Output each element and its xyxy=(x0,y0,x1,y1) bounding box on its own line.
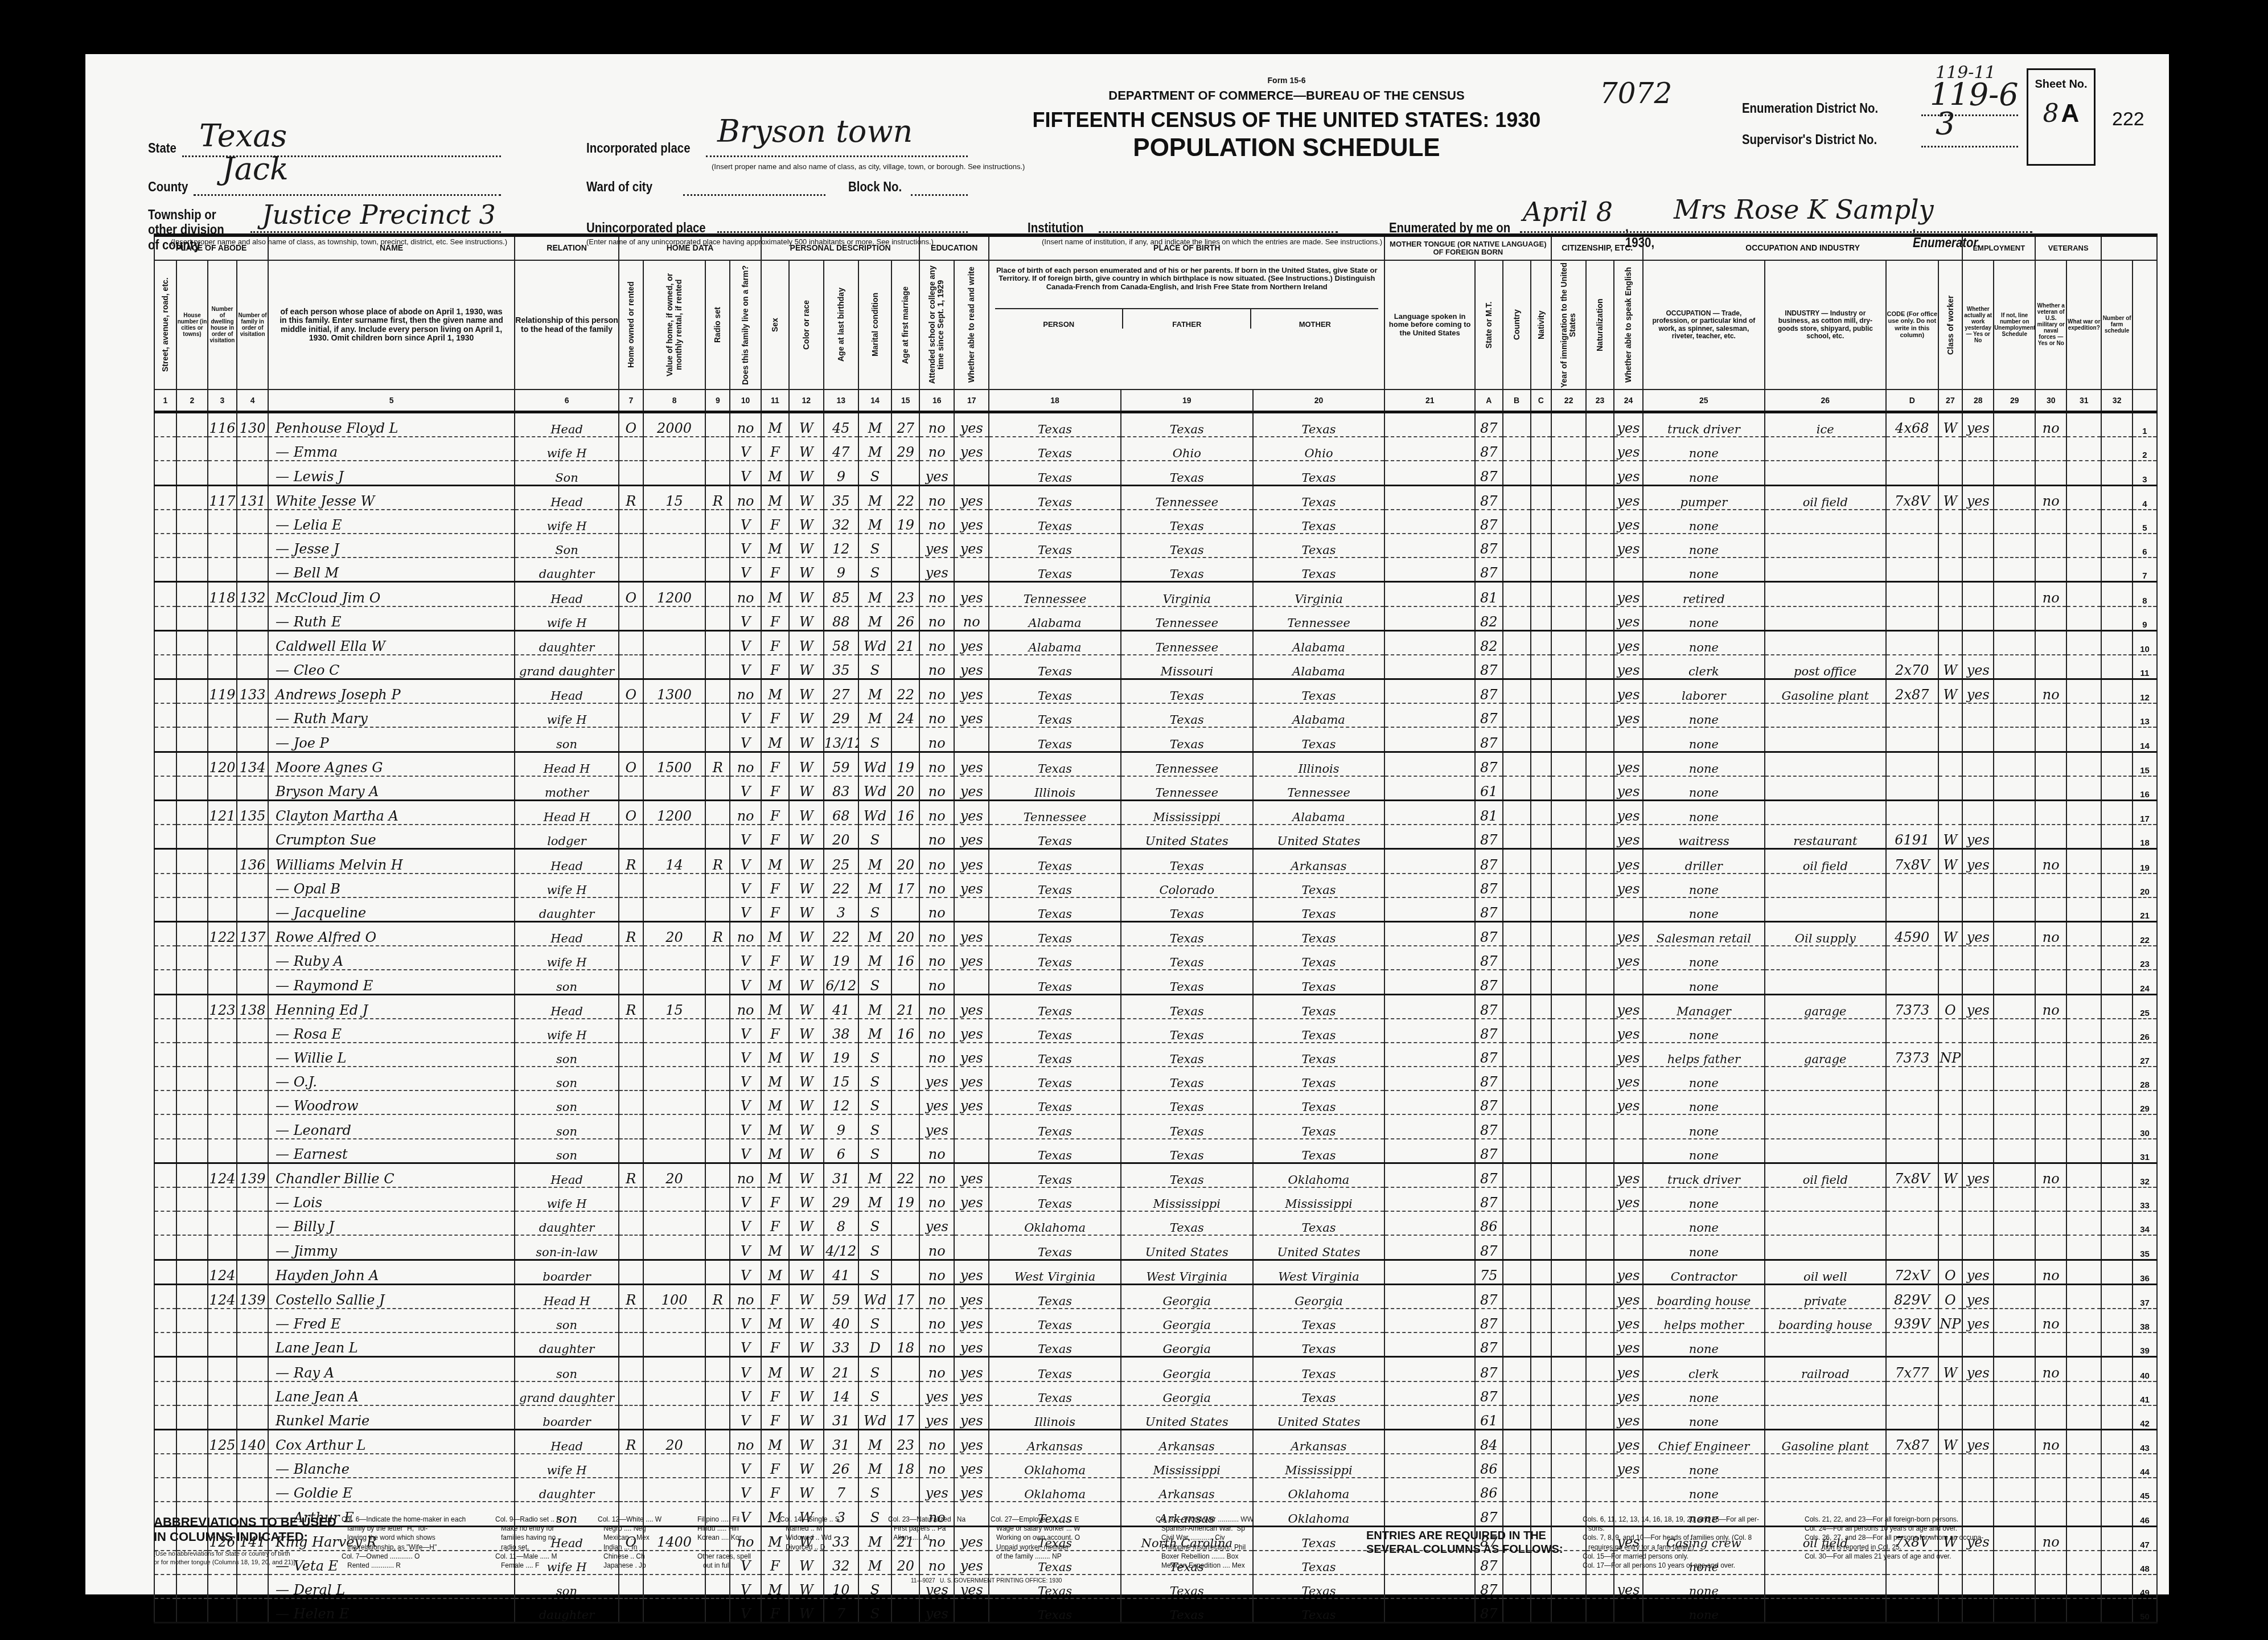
class-of-worker xyxy=(1938,1381,1963,1405)
house-cell xyxy=(176,1381,208,1405)
line-number: 28 xyxy=(2133,1067,2157,1090)
attended-school: no xyxy=(919,1139,954,1163)
family-number xyxy=(237,703,268,727)
mother-tongue xyxy=(1384,1139,1475,1163)
line-number: 16 xyxy=(2133,776,2157,801)
marital-status: Wd xyxy=(858,630,892,655)
age-at-marriage xyxy=(891,1090,919,1114)
industry xyxy=(1765,510,1886,534)
column-number: 11 xyxy=(761,389,789,412)
farm-flag: V xyxy=(730,557,761,582)
mother-birthplace: Texas xyxy=(1253,970,1385,994)
line-number: 40 xyxy=(2133,1357,2157,1381)
farm-flag: V xyxy=(730,1139,761,1163)
industry xyxy=(1765,1187,1886,1211)
township-value: Justice Precinct 3 xyxy=(262,199,496,230)
unemployment-line xyxy=(1994,1211,2035,1235)
mother-tongue xyxy=(1384,1187,1475,1211)
col-immigration: Year of immigration to the United States xyxy=(1551,260,1586,389)
father-birthplace: Texas xyxy=(1121,1043,1253,1067)
immigration-year xyxy=(1551,1357,1586,1381)
house-cell xyxy=(176,801,208,825)
column-number: C xyxy=(1531,389,1552,412)
code-a: 81 xyxy=(1475,582,1503,606)
birthplace: Texas xyxy=(989,874,1121,897)
farm-schedule xyxy=(2101,1163,2133,1187)
father-birthplace: Texas xyxy=(1121,510,1253,534)
code-b xyxy=(1503,1163,1531,1187)
read-write: yes xyxy=(954,1454,989,1478)
code-a: 81 xyxy=(1475,801,1503,825)
age-at-marriage: 17 xyxy=(891,874,919,897)
speaks-english: yes xyxy=(1614,703,1643,727)
mother-birthplace: Virginia xyxy=(1253,582,1385,606)
marital-status: S xyxy=(858,1357,892,1381)
person-name: — Goldie E xyxy=(268,1478,515,1502)
at-work xyxy=(1962,510,1994,534)
person-name: Cox Arthur L xyxy=(268,1429,515,1454)
marital-status: S xyxy=(858,897,892,922)
person-name: Bryson Mary A xyxy=(268,776,515,801)
at-work xyxy=(1962,461,1994,485)
occupation: boarding house xyxy=(1643,1284,1764,1309)
war xyxy=(2066,1187,2101,1211)
farm-schedule xyxy=(2101,557,2133,582)
family-number xyxy=(237,897,268,922)
read-write xyxy=(954,557,989,582)
family-number xyxy=(237,534,268,557)
age-at-marriage xyxy=(891,727,919,752)
table-row: Lane Jean Agrand daughterVFW14SyesyesTex… xyxy=(154,1381,2157,1405)
veteran: no xyxy=(2035,849,2066,874)
mother-tongue xyxy=(1384,1357,1475,1381)
occupation: none xyxy=(1643,1187,1764,1211)
unemployment-line xyxy=(1994,1381,2035,1405)
code-c xyxy=(1531,727,1552,752)
code-b xyxy=(1503,946,1531,970)
unemployment-line xyxy=(1994,1019,2035,1043)
radio-set xyxy=(705,679,730,704)
code-b xyxy=(1503,1405,1531,1430)
home-owned: O xyxy=(619,801,643,825)
house-cell xyxy=(176,679,208,704)
naturalization xyxy=(1586,655,1614,679)
line-number: 14 xyxy=(2133,727,2157,752)
code-b xyxy=(1503,1357,1531,1381)
farm-flag: V xyxy=(730,1114,761,1138)
marital-status: S xyxy=(858,1235,892,1260)
unemployment-line xyxy=(1994,1114,2035,1138)
family-number xyxy=(237,1019,268,1043)
class-of-worker: W xyxy=(1938,1429,1963,1454)
war xyxy=(2066,1067,2101,1090)
table-row: — Lelia Ewife HVFW32M19noyesTexasTexasTe… xyxy=(154,510,2157,534)
father-birthplace: Ohio xyxy=(1121,437,1253,461)
father-birthplace: Texas xyxy=(1121,1163,1253,1187)
mother-birthplace: Texas xyxy=(1253,412,1385,437)
home-value xyxy=(643,703,706,727)
line-number: 42 xyxy=(2133,1405,2157,1430)
marital-status: M xyxy=(858,703,892,727)
sex: M xyxy=(761,1067,789,1090)
sheet-suffix: A xyxy=(2061,100,2080,128)
farm-flag: V xyxy=(730,703,761,727)
birthplace: Texas xyxy=(989,1598,1121,1623)
street-cell xyxy=(154,1332,176,1357)
street-cell xyxy=(154,557,176,582)
attended-school: no xyxy=(919,921,954,946)
class-of-worker xyxy=(1938,1405,1963,1430)
street-cell xyxy=(154,437,176,461)
farm-flag: V xyxy=(730,606,761,631)
naturalization xyxy=(1586,703,1614,727)
mother-tongue xyxy=(1384,485,1475,510)
attended-school: no xyxy=(919,946,954,970)
radio-set xyxy=(705,534,730,557)
table-row: 122137Rowe Alfred OHeadR20RnoMW22M20noye… xyxy=(154,921,2157,946)
relation: son xyxy=(515,1090,619,1114)
code-a: 87 xyxy=(1475,655,1503,679)
speaks-english: yes xyxy=(1614,1187,1643,1211)
code-b xyxy=(1503,801,1531,825)
farm-schedule xyxy=(2101,510,2133,534)
sd-underline xyxy=(1921,146,2018,147)
immigration-year xyxy=(1551,1381,1586,1405)
code-a: 87 xyxy=(1475,994,1503,1019)
unemployment-line xyxy=(1994,1357,2035,1381)
relation: wife H xyxy=(515,703,619,727)
class-of-worker xyxy=(1938,1187,1963,1211)
line-number: 1 xyxy=(2133,412,2157,437)
radio-set xyxy=(705,703,730,727)
birthplace: Illinois xyxy=(989,776,1121,801)
occupation-code xyxy=(1886,727,1938,752)
occupation: Contractor xyxy=(1643,1260,1764,1284)
at-work: yes xyxy=(1962,1284,1994,1309)
col-family: Number of family in order of visitation xyxy=(237,260,268,389)
dwelling-number xyxy=(208,437,237,461)
class-of-worker xyxy=(1938,1067,1963,1090)
father-birthplace: Mississippi xyxy=(1121,1454,1253,1478)
attended-school: yes xyxy=(919,1381,954,1405)
mother-tongue xyxy=(1384,1478,1475,1502)
birthplace: Texas xyxy=(989,1187,1121,1211)
radio-set: R xyxy=(705,752,730,776)
table-row: — Ruth Ewife HVFW88M26nonoAlabamaTenness… xyxy=(154,606,2157,631)
group-education: EDUCATION xyxy=(919,235,989,260)
column-number: 12 xyxy=(789,389,824,412)
age: 25 xyxy=(824,849,858,874)
war xyxy=(2066,1211,2101,1235)
speaks-english: yes xyxy=(1614,825,1643,849)
column-number: 29 xyxy=(1994,389,2035,412)
war xyxy=(2066,1284,2101,1309)
code-c xyxy=(1531,1284,1552,1309)
mother-birthplace: Mississippi xyxy=(1253,1187,1385,1211)
speaks-english: yes xyxy=(1614,801,1643,825)
read-write: yes xyxy=(954,752,989,776)
house-cell xyxy=(176,703,208,727)
family-number xyxy=(237,655,268,679)
war xyxy=(2066,825,2101,849)
immigration-year xyxy=(1551,412,1586,437)
mother-birthplace: Texas xyxy=(1253,679,1385,704)
industry xyxy=(1765,752,1886,776)
home-value xyxy=(643,437,706,461)
naturalization xyxy=(1586,412,1614,437)
home-value xyxy=(643,1357,706,1381)
unemployment-line xyxy=(1994,1139,2035,1163)
table-row: 124139Costello Sallie JHead HR100RnoFW59… xyxy=(154,1284,2157,1309)
person-name: Moore Agnes G xyxy=(268,752,515,776)
birthplace: Texas xyxy=(989,1043,1121,1067)
incorporated-hint: (Insert proper name and also name of cla… xyxy=(712,162,1025,171)
read-write: yes xyxy=(954,1019,989,1043)
house-cell xyxy=(176,1284,208,1309)
war xyxy=(2066,801,2101,825)
naturalization xyxy=(1586,485,1614,510)
house-cell xyxy=(176,412,208,437)
person-name: — Earnest xyxy=(268,1139,515,1163)
age: 58 xyxy=(824,630,858,655)
sex: M xyxy=(761,970,789,994)
line-number: 18 xyxy=(2133,825,2157,849)
marital-status: M xyxy=(858,485,892,510)
dwelling-number xyxy=(208,1598,237,1623)
person-name: Caldwell Ella W xyxy=(268,630,515,655)
house-cell xyxy=(176,1598,208,1623)
immigration-year xyxy=(1551,510,1586,534)
dwelling-number xyxy=(208,1139,237,1163)
dwelling-number: 125 xyxy=(208,1429,237,1454)
column-number: 2 xyxy=(176,389,208,412)
code-c xyxy=(1531,679,1552,704)
street-cell xyxy=(154,606,176,631)
home-owned xyxy=(619,1260,643,1284)
industry xyxy=(1765,1235,1886,1260)
at-work xyxy=(1962,630,1994,655)
col-farm-schedule: Number of farm schedule xyxy=(2101,260,2133,389)
attended-school: yes xyxy=(919,1067,954,1090)
father-birthplace: Texas xyxy=(1121,534,1253,557)
speaks-english: yes xyxy=(1614,849,1643,874)
dwelling-number: 124 xyxy=(208,1163,237,1187)
speaks-english: yes xyxy=(1614,874,1643,897)
table-row: 125140Cox Arthur LHeadR20noMW31M23noyesA… xyxy=(154,1429,2157,1454)
occupation-code xyxy=(1886,1211,1938,1235)
marital-status: M xyxy=(858,1187,892,1211)
marital-status: S xyxy=(858,1309,892,1332)
immigration-year xyxy=(1551,946,1586,970)
race: W xyxy=(789,849,824,874)
father-birthplace: Texas xyxy=(1121,1019,1253,1043)
mother-birthplace: Texas xyxy=(1253,461,1385,485)
sex: F xyxy=(761,1381,789,1405)
printer-imprint: 11—9027 U. S. GOVERNMENT PRINTING OFFICE… xyxy=(911,1577,1062,1585)
occupation-code xyxy=(1886,946,1938,970)
read-write xyxy=(954,727,989,752)
home-owned xyxy=(619,1454,643,1478)
race: W xyxy=(789,412,824,437)
veteran xyxy=(2035,752,2066,776)
family-number: 131 xyxy=(237,485,268,510)
line-number: 34 xyxy=(2133,1211,2157,1235)
home-value xyxy=(643,606,706,631)
street-cell xyxy=(154,1090,176,1114)
column-number: A xyxy=(1475,389,1503,412)
father-birthplace: Mississippi xyxy=(1121,1187,1253,1211)
table-row: — Jimmyson-in-lawVMW4/12SnoTexasUnited S… xyxy=(154,1235,2157,1260)
veteran xyxy=(2035,437,2066,461)
farm-flag: no xyxy=(730,801,761,825)
at-work xyxy=(1962,1454,1994,1478)
occupation-code: 7x8V xyxy=(1886,1163,1938,1187)
col-school: Attended school or college any time sinc… xyxy=(919,260,954,389)
farm-schedule xyxy=(2101,1260,2133,1284)
attended-school: no xyxy=(919,874,954,897)
home-owned xyxy=(619,1381,643,1405)
mother-tongue xyxy=(1384,921,1475,946)
naturalization xyxy=(1586,874,1614,897)
code-a: 86 xyxy=(1475,1211,1503,1235)
father-birthplace: Virginia xyxy=(1121,582,1253,606)
family-number xyxy=(237,1067,268,1090)
immigration-year xyxy=(1551,1235,1586,1260)
group-relation: RELATION xyxy=(515,235,619,260)
naturalization xyxy=(1586,1260,1614,1284)
mother-birthplace: Texas xyxy=(1253,510,1385,534)
birthplace: Texas xyxy=(989,1332,1121,1357)
code-a: 87 xyxy=(1475,897,1503,922)
father-birthplace: Georgia xyxy=(1121,1284,1253,1309)
sex: M xyxy=(761,461,789,485)
relation: grand daughter xyxy=(515,655,619,679)
occupation-code xyxy=(1886,461,1938,485)
unemployment-line xyxy=(1994,1284,2035,1309)
industry xyxy=(1765,1067,1886,1090)
family-number xyxy=(237,946,268,970)
unemployment-line xyxy=(1994,1429,2035,1454)
attended-school: no xyxy=(919,655,954,679)
line-number: 11 xyxy=(2133,655,2157,679)
age: 68 xyxy=(824,801,858,825)
war xyxy=(2066,727,2101,752)
father-birthplace: Missouri xyxy=(1121,655,1253,679)
veteran xyxy=(2035,1381,2066,1405)
line-number: 33 xyxy=(2133,1187,2157,1211)
enumerator-name: Mrs Rose K Samply xyxy=(1674,194,1934,225)
birthplace: Alabama xyxy=(989,606,1121,631)
family-number xyxy=(237,510,268,534)
class-of-worker: W xyxy=(1938,485,1963,510)
age: 7 xyxy=(824,1598,858,1623)
at-work xyxy=(1962,1187,1994,1211)
dwelling-number xyxy=(208,1211,237,1235)
street-cell xyxy=(154,1357,176,1381)
attended-school: no xyxy=(919,582,954,606)
farm-flag: no xyxy=(730,921,761,946)
father-birthplace: Colorado xyxy=(1121,874,1253,897)
table-row: — Helen EdaughterVFW7SyesTexasTexasTexas… xyxy=(154,1598,2157,1623)
unemployment-line xyxy=(1994,606,2035,631)
occupation: none xyxy=(1643,1067,1764,1090)
table-row: — Opal Bwife HVFW22M17noyesTexasColorado… xyxy=(154,874,2157,897)
street-cell xyxy=(154,1309,176,1332)
table-row: 124139Chandler Billie CHeadR20noMW31M22n… xyxy=(154,1163,2157,1187)
at-work xyxy=(1962,534,1994,557)
home-owned xyxy=(619,946,643,970)
state-value: Texas xyxy=(199,118,287,154)
veteran: no xyxy=(2035,485,2066,510)
street-cell xyxy=(154,582,176,606)
immigration-year xyxy=(1551,849,1586,874)
immigration-year xyxy=(1551,703,1586,727)
race: W xyxy=(789,1019,824,1043)
occupation-code: 829V xyxy=(1886,1284,1938,1309)
supervisor-district-field: Supervisor's District No. 3 xyxy=(1742,131,1901,148)
code-c xyxy=(1531,825,1552,849)
street-cell xyxy=(154,776,176,801)
column-number: 30 xyxy=(2035,389,2066,412)
unemployment-line xyxy=(1994,825,2035,849)
table-row: — Emmawife HVFW47M29noyesTexasOhioOhio87… xyxy=(154,437,2157,461)
naturalization xyxy=(1586,1163,1614,1187)
naturalization xyxy=(1586,1478,1614,1502)
home-value xyxy=(643,1598,706,1623)
class-of-worker xyxy=(1938,510,1963,534)
farm-schedule xyxy=(2101,1478,2133,1502)
at-work xyxy=(1962,727,1994,752)
father-birthplace: Arkansas xyxy=(1121,1429,1253,1454)
column-number-row: 123456789101112131415161718192021ABC2223… xyxy=(154,389,2157,412)
street-cell xyxy=(154,1067,176,1090)
immigration-year xyxy=(1551,1260,1586,1284)
person-name: — Jimmy xyxy=(268,1235,515,1260)
veteran: no xyxy=(2035,1309,2066,1332)
class-of-worker xyxy=(1938,801,1963,825)
col-english: Whether able to speak English xyxy=(1614,260,1643,389)
mother-tongue xyxy=(1384,946,1475,970)
sex: M xyxy=(761,1043,789,1067)
col-relation: Relationship of this person to the head … xyxy=(515,260,619,389)
column-number: 6 xyxy=(515,389,619,412)
table-row: — LeonardsonVMW9SyesTexasTexasTexas87non… xyxy=(154,1114,2157,1138)
home-owned xyxy=(619,1090,643,1114)
race: W xyxy=(789,1163,824,1187)
at-work: yes xyxy=(1962,1429,1994,1454)
occupation-code: 7x87 xyxy=(1886,1429,1938,1454)
code-a: 87 xyxy=(1475,412,1503,437)
home-owned xyxy=(619,897,643,922)
table-row: — Willie LsonVMW19SnoyesTexasTexasTexas8… xyxy=(154,1043,2157,1067)
farm-schedule xyxy=(2101,1332,2133,1357)
radio-set xyxy=(705,557,730,582)
sex: M xyxy=(761,1139,789,1163)
person-name: Runkel Marie xyxy=(268,1405,515,1430)
home-owned: R xyxy=(619,485,643,510)
relation: Head xyxy=(515,994,619,1019)
unemployment-line xyxy=(1994,849,2035,874)
read-write: yes xyxy=(954,1284,989,1309)
immigration-year xyxy=(1551,1284,1586,1309)
attended-school: no xyxy=(919,752,954,776)
line-number: 17 xyxy=(2133,801,2157,825)
census-title: FIFTEENTH CENSUS OF THE UNITED STATES: 1… xyxy=(1002,108,1571,132)
line-number: 43 xyxy=(2133,1429,2157,1454)
unemployment-line xyxy=(1994,1309,2035,1332)
veteran xyxy=(2035,1067,2066,1090)
person-name: — Fred E xyxy=(268,1309,515,1332)
